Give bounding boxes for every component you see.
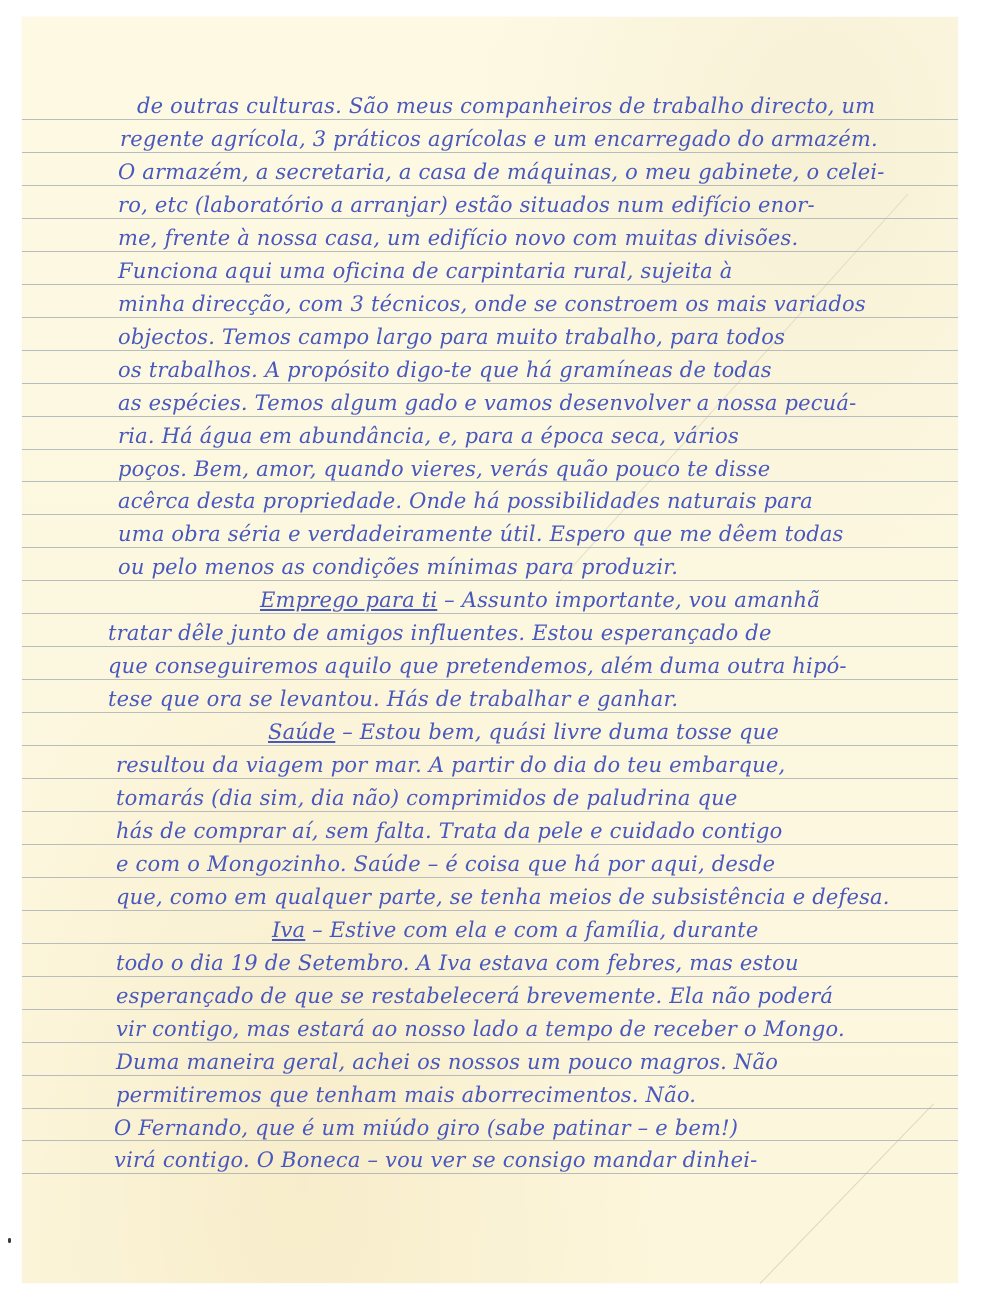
- letter-line: virá contigo. O Boneca – vou ver se cons…: [0, 1146, 1000, 1180]
- line-text: de outras culturas. São meus companheiro…: [137, 94, 875, 118]
- letter-line: O armazém, a secretaria, a casa de máqui…: [0, 158, 1000, 192]
- line-text: as espécies. Temos algum gado e vamos de…: [118, 391, 856, 415]
- letter-line: O Fernando, que é um miúdo giro (sabe pa…: [0, 1114, 1000, 1148]
- line-text: tomarás (dia sim, dia não) comprimidos d…: [116, 786, 738, 810]
- line-text: permitiremos que tenham mais aborrecimen…: [116, 1083, 696, 1107]
- letter-line: vir contigo, mas estará ao nosso lado a …: [0, 1015, 1000, 1049]
- letter-line: me, frente à nossa casa, um edifício nov…: [0, 224, 1000, 258]
- ink-speck: [8, 1238, 11, 1243]
- letter-line: Duma maneira geral, achei os nossos um p…: [0, 1048, 1000, 1082]
- letter-line: todo o dia 19 de Setembro. A Iva estava …: [0, 949, 1000, 983]
- line-text: virá contigo. O Boneca – vou ver se cons…: [114, 1148, 757, 1172]
- letter-line: Saúde – Estou bem, quási livre duma toss…: [0, 718, 1000, 752]
- line-text: – Estive com ela e com a família, durant…: [305, 918, 758, 942]
- line-text: ro, etc (laboratório a arranjar) estão s…: [118, 193, 815, 217]
- line-text: poços. Bem, amor, quando vieres, verás q…: [118, 457, 770, 481]
- line-text: Duma maneira geral, achei os nossos um p…: [116, 1050, 778, 1074]
- line-text: uma obra séria e verdadeiramente útil. E…: [118, 522, 844, 546]
- section-heading: Emprego para ti: [260, 588, 437, 612]
- letter-line: de outras culturas. São meus companheiro…: [0, 92, 1000, 126]
- letter-line: tomarás (dia sim, dia não) comprimidos d…: [0, 784, 1000, 818]
- line-text: vir contigo, mas estará ao nosso lado a …: [116, 1017, 845, 1041]
- letter-line: poços. Bem, amor, quando vieres, verás q…: [0, 455, 1000, 489]
- letter-line: ro, etc (laboratório a arranjar) estão s…: [0, 191, 1000, 225]
- letter-line: tratar dêle junto de amigos influentes. …: [0, 619, 1000, 653]
- line-text: acêrca desta propriedade. Onde há possib…: [118, 489, 813, 513]
- letter-line: que conseguiremos aquilo que pretendemos…: [0, 652, 1000, 686]
- line-text: – Estou bem, quási livre duma tosse que: [335, 720, 779, 744]
- line-text: regente agrícola, 3 práticos agrícolas e…: [120, 127, 878, 151]
- letter-line: as espécies. Temos algum gado e vamos de…: [0, 389, 1000, 423]
- letter-line: tese que ora se levantou. Hás de trabalh…: [0, 685, 1000, 719]
- line-text: O armazém, a secretaria, a casa de máqui…: [118, 160, 885, 184]
- line-text: tese que ora se levantou. Hás de trabalh…: [108, 687, 678, 711]
- line-text: que, como em qualquer parte, se tenha me…: [116, 885, 890, 909]
- letter-line: uma obra séria e verdadeiramente útil. E…: [0, 520, 1000, 554]
- line-text: e com o Mongozinho. Saúde – é coisa que …: [116, 852, 775, 876]
- letter-line: resultou da viagem por mar. A partir do …: [0, 751, 1000, 785]
- line-text: tratar dêle junto de amigos influentes. …: [108, 621, 772, 645]
- letter-line: ria. Há água em abundância, e, para a ép…: [0, 422, 1000, 456]
- letter-line: acêrca desta propriedade. Onde há possib…: [0, 487, 1000, 521]
- line-text: esperançado de que se restabelecerá brev…: [116, 984, 833, 1008]
- line-text: objectos. Temos campo largo para muito t…: [118, 325, 785, 349]
- line-text: os trabalhos. A propósito digo-te que há…: [118, 358, 772, 382]
- section-heading: Iva: [272, 918, 305, 942]
- line-text: – Assunto importante, vou amanhã: [437, 588, 820, 612]
- letter-line: hás de comprar aí, sem falta. Trata da p…: [0, 817, 1000, 851]
- line-text: Funciona aqui uma oficina de carpintaria…: [118, 259, 732, 283]
- letter-line: Emprego para ti – Assunto importante, vo…: [0, 586, 1000, 620]
- letter-line: e com o Mongozinho. Saúde – é coisa que …: [0, 850, 1000, 884]
- line-text: resultou da viagem por mar. A partir do …: [116, 753, 785, 777]
- line-text: hás de comprar aí, sem falta. Trata da p…: [116, 819, 783, 843]
- letter-line: que, como em qualquer parte, se tenha me…: [0, 883, 1000, 917]
- letter-line: ou pelo menos as condições mínimas para …: [0, 553, 1000, 587]
- line-text: me, frente à nossa casa, um edifício nov…: [118, 226, 798, 250]
- line-text: O Fernando, que é um miúdo giro (sabe pa…: [114, 1116, 738, 1140]
- letter-line: minha direcção, com 3 técnicos, onde se …: [0, 290, 1000, 324]
- line-text: que conseguiremos aquilo que pretendemos…: [108, 654, 847, 678]
- line-text: ou pelo menos as condições mínimas para …: [118, 555, 678, 579]
- letter-line: permitiremos que tenham mais aborrecimen…: [0, 1081, 1000, 1115]
- letter-line: esperançado de que se restabelecerá brev…: [0, 982, 1000, 1016]
- line-text: minha direcção, com 3 técnicos, onde se …: [118, 292, 866, 316]
- letter-line: Funciona aqui uma oficina de carpintaria…: [0, 257, 1000, 291]
- line-text: ria. Há água em abundância, e, para a ép…: [118, 424, 739, 448]
- letter-line: Iva – Estive com ela e com a família, du…: [0, 916, 1000, 950]
- letter-line: regente agrícola, 3 práticos agrícolas e…: [0, 125, 1000, 159]
- section-heading: Saúde: [268, 720, 335, 744]
- line-text: todo o dia 19 de Setembro. A Iva estava …: [116, 951, 799, 975]
- letter-line: objectos. Temos campo largo para muito t…: [0, 323, 1000, 357]
- letter-line: os trabalhos. A propósito digo-te que há…: [0, 356, 1000, 390]
